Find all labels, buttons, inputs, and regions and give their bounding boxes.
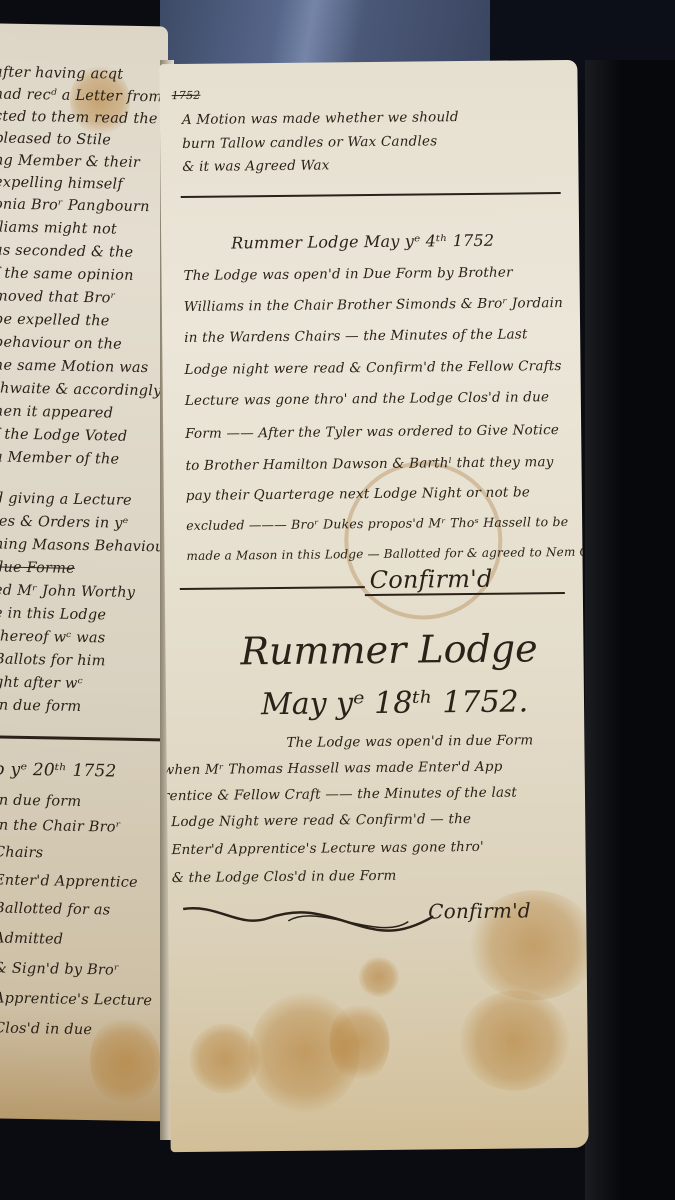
text-line: in due form (0, 698, 81, 714)
flourish-rule (180, 586, 365, 590)
water-stain (359, 957, 399, 997)
book-edge-shadow (585, 60, 675, 1200)
text-line: The Lodge was open'd in due Form (286, 734, 533, 750)
confirmation-mark: Confirm'd (428, 900, 531, 921)
text-line: to Brother Hamilton Dawson & Barthˡ that… (185, 456, 553, 473)
text-line: Lodge night were read & Confirm'd the Fe… (184, 360, 561, 377)
text-line: after having acqt (0, 65, 123, 82)
text-line: moved that Broʳ (0, 289, 116, 306)
text-line: Lecture was gone thro' and the Lodge Clo… (185, 391, 549, 408)
section-rule (181, 192, 561, 198)
text-line: cted to them read the (0, 109, 158, 126)
text-line: Ballots for him (0, 652, 106, 668)
text-line: hen it appeared (0, 404, 113, 421)
flourish-ornament (178, 891, 439, 944)
text-line: ght after wᶜ (0, 675, 83, 691)
text-line: Williams in the Chair Brother Simonds & … (184, 297, 563, 314)
text-line: a Member of the (0, 450, 119, 467)
page-mark: 1752 (172, 90, 201, 101)
text-line: expelling himself (0, 175, 123, 192)
text-line: Chairs (0, 845, 43, 860)
text-line: thereof wᶜ was (0, 629, 105, 645)
water-stain (459, 990, 570, 1091)
text-line: Clos'd in due (0, 1021, 92, 1037)
text-line: in the Chair Broʳ (0, 818, 121, 835)
entry-heading-lodge: Rummer Lodge (240, 626, 538, 673)
text-line: in the Wardens Chairs — the Minutes of t… (184, 328, 528, 345)
text-line: ning Masons Behaviour (0, 537, 168, 555)
left-page: after having acqt had recᵈ a Letter from… (0, 24, 168, 1122)
water-stain (90, 1015, 160, 1106)
text-line: as seconded & the (0, 243, 133, 260)
text-line: Enter'd Apprentice's Lecture was gone th… (171, 841, 484, 858)
text-line: made a Mason in this Lodge — Ballotted f… (186, 546, 588, 562)
text-line: The Lodge was open'd in Due Form by Brot… (183, 267, 512, 284)
text-line: behaviour on the (0, 335, 122, 352)
text-line: onia Broʳ Pangbourn (0, 197, 150, 214)
entry-heading: Rummer Lodge May yᵉ 4ᵗʰ 1752 (231, 233, 494, 252)
confirmation-mark: Confirm'd (370, 567, 493, 592)
text-line: in due form (0, 793, 81, 809)
text-line: excluded ——— Broʳ Dukes propos'd Mʳ Thoˢ… (186, 516, 568, 533)
text-line: thwaite & accordingly (0, 381, 162, 398)
text-line: e in this Lodge (0, 606, 106, 622)
text-line: be expelled the (0, 312, 110, 329)
text-line: f the Lodge Voted (0, 427, 127, 444)
text-line: due Forme (0, 560, 75, 576)
text-line: Enter'd Apprentice (0, 873, 138, 890)
entry-heading: b yᵉ 20ᵗʰ 1752 (0, 761, 117, 780)
text-line: rentice & Fellow Craft —— the Minutes of… (163, 787, 517, 804)
water-stain (329, 1002, 390, 1083)
text-line: ng Member & their (0, 153, 140, 170)
text-line: f the same opinion (0, 266, 134, 283)
text-line: when Mʳ Thomas Hassell was made Enter'd … (163, 761, 503, 778)
section-rule (0, 736, 160, 742)
text-line: d giving a Lecture (0, 491, 132, 508)
entry-heading-date: May yᵉ 18ᵗʰ 1752. (261, 684, 529, 722)
text-line: pay their Quarterage next Lodge Night or… (186, 486, 530, 503)
text-line: & Sign'd by Broʳ (0, 961, 119, 978)
right-page: 1752 A Motion was made whether we should… (159, 60, 588, 1152)
text-line: Ballotted for as (0, 901, 110, 918)
text-line: burn Tallow candles or Wax Candles (182, 135, 437, 151)
text-line: lliams might not (0, 220, 117, 237)
text-line: Apprentice's Lecture (0, 991, 152, 1008)
text-line: Form —— After the Tyler was ordered to G… (185, 424, 559, 441)
text-line: Admitted (0, 931, 63, 947)
text-line: A Motion was made whether we should (182, 111, 459, 127)
text-line: & it was Agreed Wax (182, 159, 329, 174)
text-line: & the Lodge Clos'd in due Form (172, 870, 397, 886)
text-line: Lodge Night were read & Confirm'd — the (171, 813, 471, 830)
text-line: les & Orders in yᵉ (0, 514, 128, 531)
text-line: had recᵈ a Letter from (0, 87, 162, 104)
text-line: pleased to Stile (0, 131, 111, 148)
text-line: ed Mʳ John Worthy (0, 583, 135, 600)
text-line: he same Motion was (0, 358, 148, 375)
